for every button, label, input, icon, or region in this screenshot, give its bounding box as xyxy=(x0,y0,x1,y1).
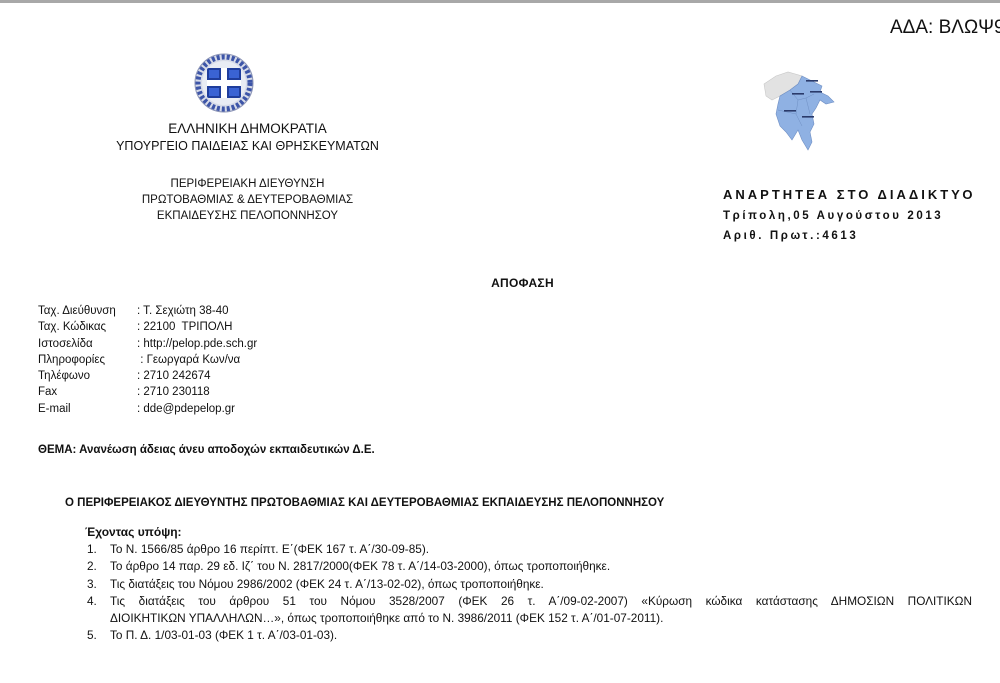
considerations-list: 1. Το Ν. 1566/85 άρθρο 16 περίπτ. Ε΄(ΦΕΚ… xyxy=(87,541,972,645)
contact-row: Πληροφορίες : Γεωργαρά Κων/να xyxy=(38,352,257,368)
contact-value: : Γεωργαρά Κων/να xyxy=(137,352,240,368)
list-number: 1. xyxy=(87,541,110,558)
list-item: 4. Τις διατάξεις του άρθρου 51 του Νόμου… xyxy=(87,593,972,628)
email-link[interactable]: : dde@pdepelop.gr xyxy=(137,401,235,417)
office-line: ΠΕΡΙΦΕΡΕΙΑΚΗ ΔΙΕΥΘΥΝΣΗ xyxy=(40,176,455,192)
list-item: 1. Το Ν. 1566/85 άρθρο 16 περίπτ. Ε΄(ΦΕΚ… xyxy=(87,541,972,558)
list-text: Το Π. Δ. 1/03-01-03 (ΦΕΚ 1 τ. Α΄/03-01-0… xyxy=(110,627,972,644)
list-item: 3. Τις διατάξεις του Νόμου 2986/2002 (ΦΕ… xyxy=(87,576,972,593)
contact-label: Ταχ. Κώδικας xyxy=(38,319,137,335)
contact-row: E-mail : dde@pdepelop.gr xyxy=(38,401,257,417)
page-top-border xyxy=(0,0,1000,3)
list-number: 5. xyxy=(87,627,110,644)
subject-line: ΘΕΜΑ: Ανανέωση άδειας άνευ αποδοχών εκπα… xyxy=(38,444,375,456)
republic-heading: ΕΛΛΗΝΙΚΗ ΔΗΜΟΚΡΑΤΙΑ xyxy=(40,120,455,137)
list-text: Τις διατάξεις του Νόμου 2986/2002 (ΦΕΚ 2… xyxy=(110,576,972,593)
contact-value: : 2710 230118 xyxy=(137,384,210,400)
contact-row: Ταχ. Διεύθυνση : Τ. Σεχιώτη 38-40 xyxy=(38,303,257,319)
contact-label: Ιστοσελίδα xyxy=(38,336,137,352)
list-number: 4. xyxy=(87,593,110,628)
office-heading: ΠΕΡΙΦΕΡΕΙΑΚΗ ΔΙΕΥΘΥΝΣΗ ΠΡΩΤΟΒΑΘΜΙΑΣ & ΔΕ… xyxy=(40,176,455,224)
website-link[interactable]: : http://pelop.pde.sch.gr xyxy=(137,336,257,352)
contact-row: Ταχ. Κώδικας : 22100 ΤΡΙΠΟΛΗ xyxy=(38,319,257,335)
contact-row: Ιστοσελίδα : http://pelop.pde.sch.gr xyxy=(38,336,257,352)
greek-emblem-icon xyxy=(193,52,255,114)
contact-value: : Τ. Σεχιώτη 38-40 xyxy=(137,303,229,319)
list-text-line: Τις διατάξεις του άρθρου 51 του Νόμου 35… xyxy=(110,593,972,610)
list-item: 2. Το άρθρο 14 παρ. 29 εδ. Ιζ΄ του Ν. 28… xyxy=(87,558,972,575)
protocol-number: Αριθ. Πρωτ.:4613 xyxy=(723,226,975,246)
considering-label: Έχοντας υπόψη: xyxy=(85,525,182,539)
list-text: Το άρθρο 14 παρ. 29 εδ. Ιζ΄ του Ν. 2817/… xyxy=(110,558,972,575)
contact-label: Ταχ. Διεύθυνση xyxy=(38,303,137,319)
peloponnese-map-icon xyxy=(762,70,842,154)
contact-row: Fax : 2710 230118 xyxy=(38,384,257,400)
contact-label: Fax xyxy=(38,384,137,400)
list-text: Τις διατάξεις του άρθρου 51 του Νόμου 35… xyxy=(110,593,972,628)
contact-label: E-mail xyxy=(38,401,137,417)
list-text: Το Ν. 1566/85 άρθρο 16 περίπτ. Ε΄(ΦΕΚ 16… xyxy=(110,541,972,558)
contact-value: : 22100 ΤΡΙΠΟΛΗ xyxy=(137,319,232,335)
contact-block: Ταχ. Διεύθυνση : Τ. Σεχιώτη 38-40 Ταχ. Κ… xyxy=(38,303,257,417)
contact-label: Τηλέφωνο xyxy=(38,368,137,384)
place-date: Τρίπολη,05 Αυγούστου 2013 xyxy=(723,206,975,226)
document-title: ΑΠΟΦΑΣΗ xyxy=(0,276,1000,290)
contact-row: Τηλέφωνο : 2710 242674 xyxy=(38,368,257,384)
list-number: 2. xyxy=(87,558,110,575)
list-item: 5. Το Π. Δ. 1/03-01-03 (ΦΕΚ 1 τ. Α΄/03-0… xyxy=(87,627,972,644)
office-line: ΕΚΠΑΙΔΕΥΣΗΣ ΠΕΛΟΠΟΝΝΗΣΟΥ xyxy=(40,208,455,224)
publish-note: ΑΝΑΡΤΗΤΕΑ ΣΤΟ ΔΙΑΔΙΚΤΥΟ xyxy=(723,184,975,206)
contact-label: Πληροφορίες xyxy=(38,352,137,368)
contact-value: : 2710 242674 xyxy=(137,368,211,384)
office-line: ΠΡΩΤΟΒΑΘΜΙΑΣ & ΔΕΥΤΕΡΟΒΑΘΜΙΑΣ xyxy=(40,192,455,208)
director-heading: Ο ΠΕΡΙΦΕΡΕΙΑΚΟΣ ΔΙΕΥΘΥΝΤΗΣ ΠΡΩΤΟΒΑΘΜΙΑΣ … xyxy=(65,497,664,509)
ada-code: ΑΔΑ: ΒΛΩΨ9 xyxy=(890,17,1000,39)
list-text-line: ΔΙΟΙΚΗΤΙΚΩΝ ΥΠΑΛΛΗΛΩΝ…», όπως τροποποιήθ… xyxy=(110,610,972,627)
publication-info: ΑΝΑΡΤΗΤΕΑ ΣΤΟ ΔΙΑΔΙΚΤΥΟ Τρίπολη,05 Αυγού… xyxy=(723,184,975,246)
ministry-heading: ΥΠΟΥΡΓΕΙΟ ΠΑΙΔΕΙΑΣ ΚΑΙ ΘΡΗΣΚΕΥΜΑΤΩΝ xyxy=(40,138,455,155)
list-number: 3. xyxy=(87,576,110,593)
